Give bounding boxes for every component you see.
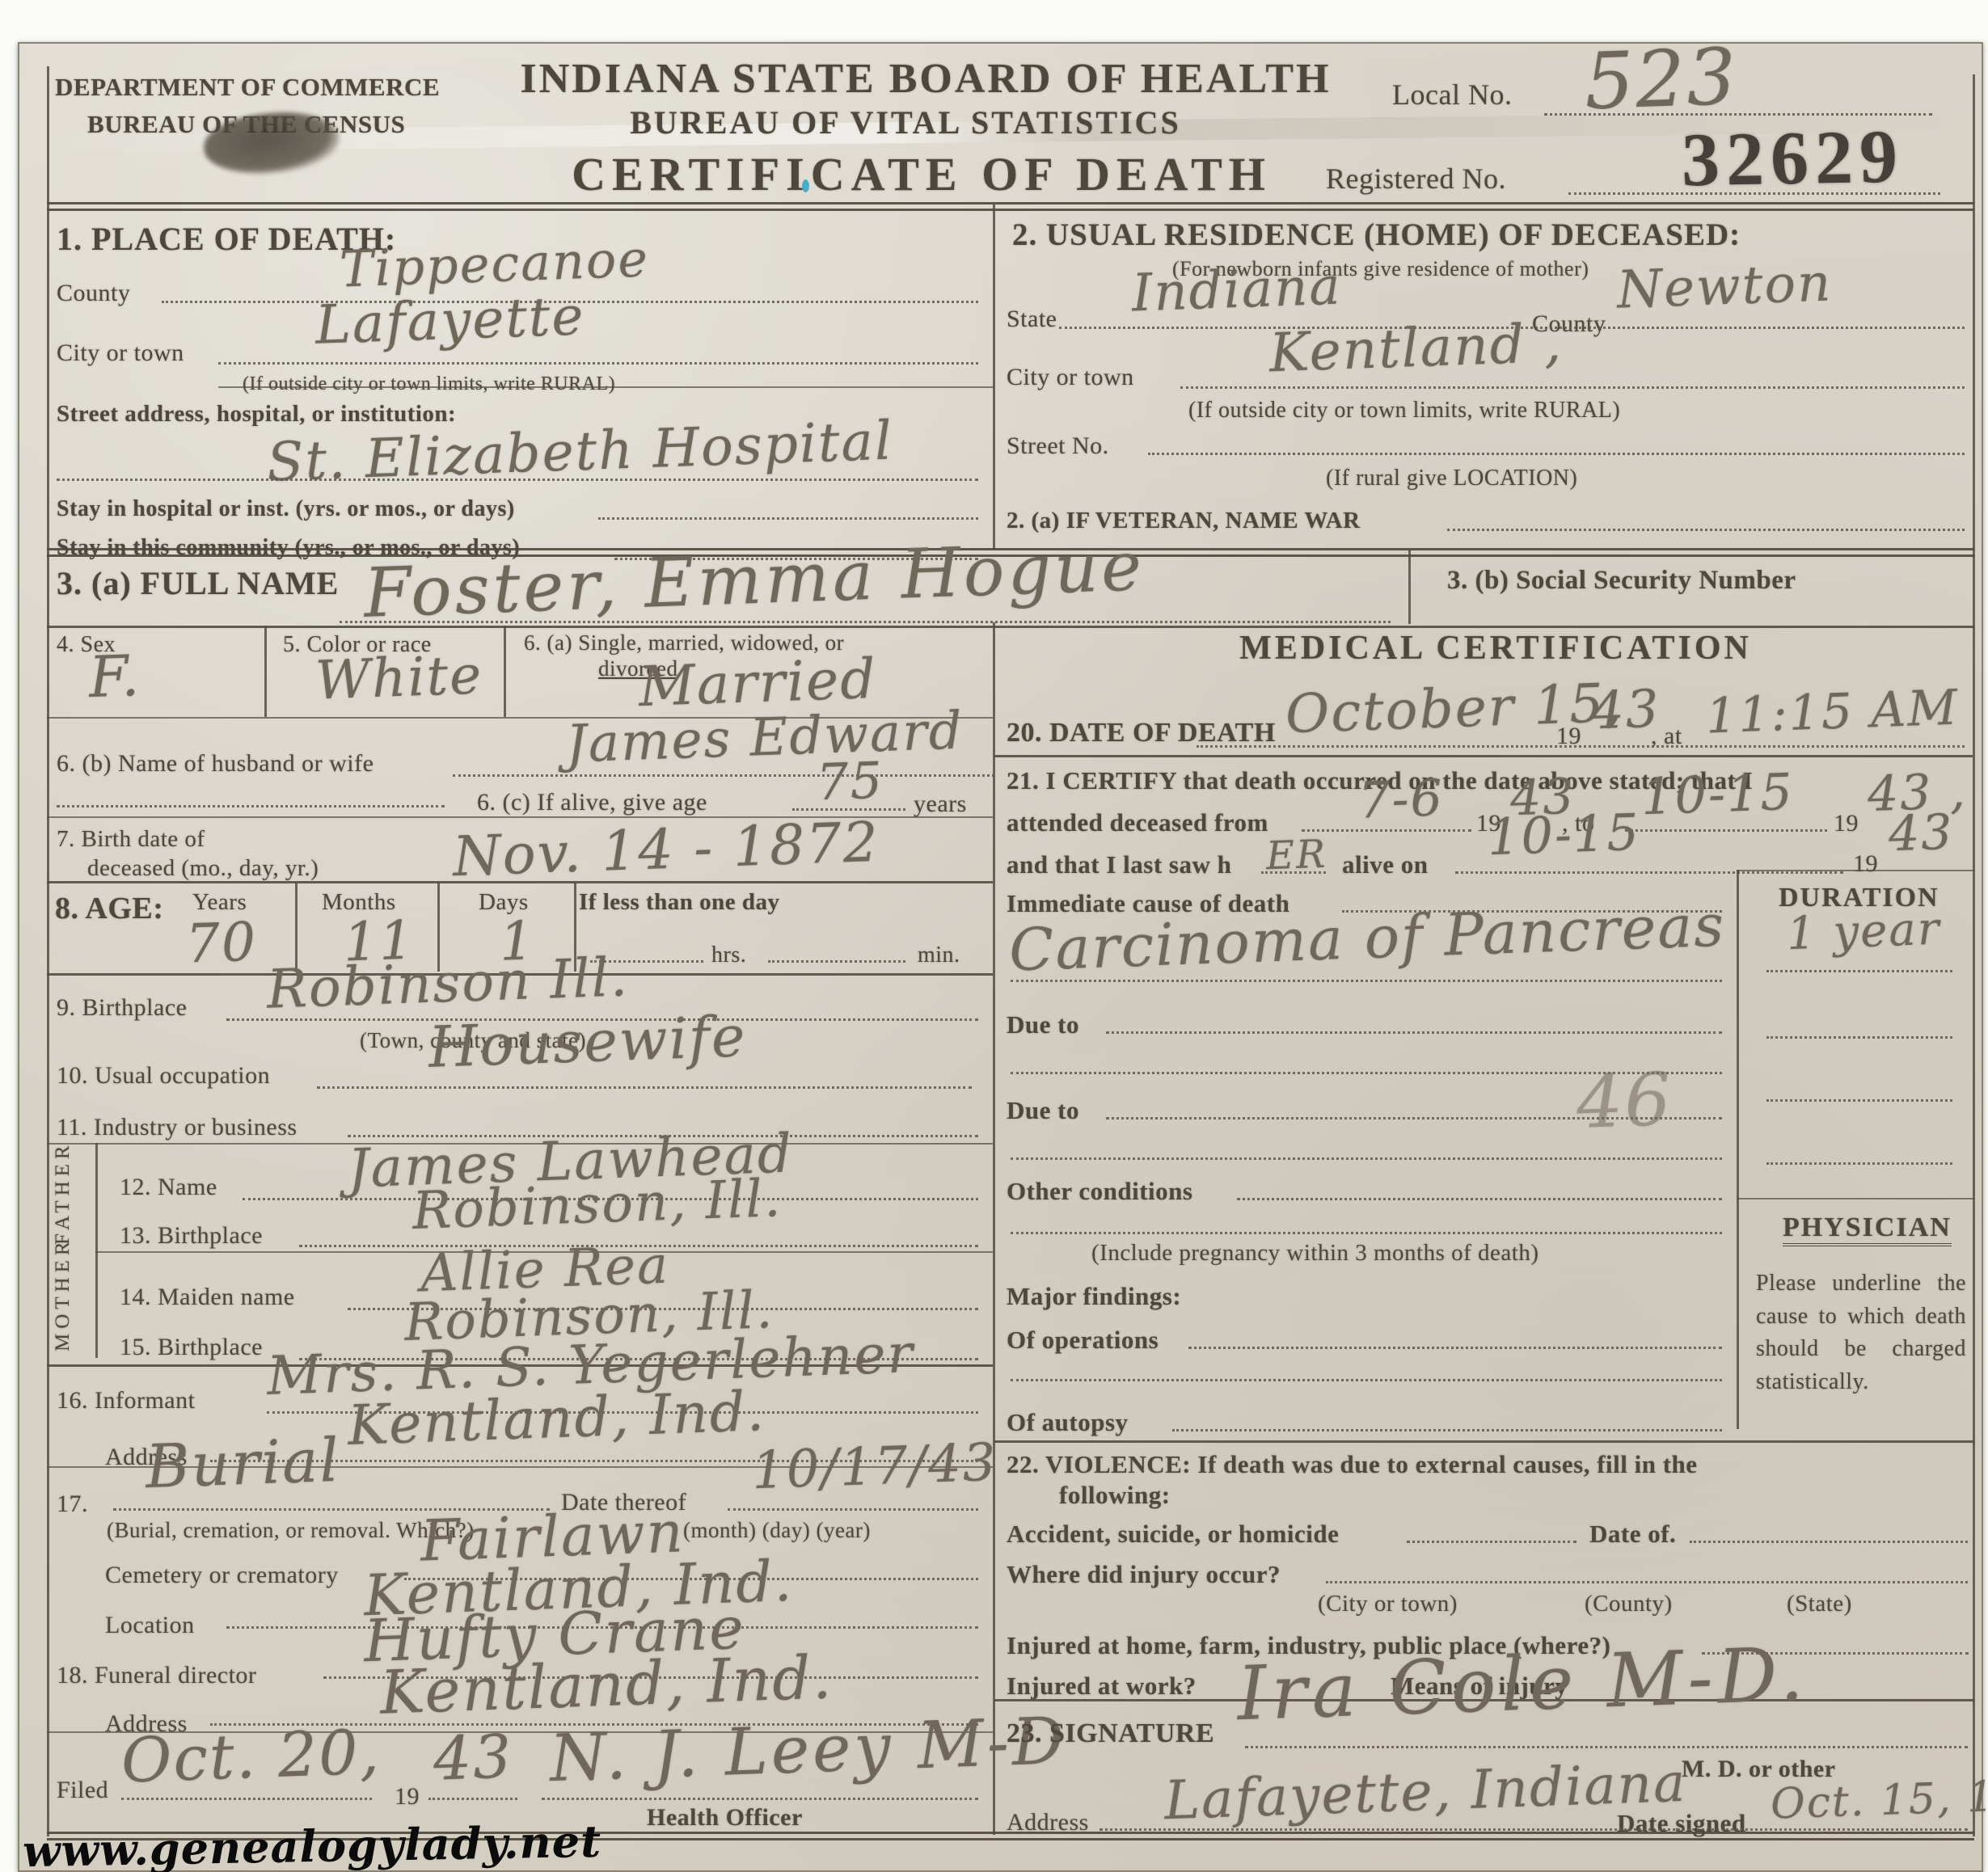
res-city-note: (If outside city or town limits, write R… [1188,398,1620,424]
autopsy-line [1172,1429,1722,1431]
date-of-label: Date of. [1589,1520,1676,1549]
stray-line [218,386,994,388]
to-year-prefix: 19 [1834,810,1859,837]
autopsy-label: Of autopsy [1007,1408,1129,1437]
res-city-value: Kentland , [1268,312,1564,385]
burial-type-value: Burial [145,1426,342,1502]
spouse-label: 6. (b) Name of husband or wife [57,750,374,778]
pod-city-label: City or town [57,339,184,367]
alive-age-label: 6. (c) If alive, give age [477,789,707,816]
res-veteran-line [1447,529,1965,531]
pod-city-line [218,362,978,365]
health-officer-label: Health Officer [647,1804,803,1832]
duration-line-1 [1766,970,1952,972]
alive-age-line [792,808,905,811]
pod-city-note: (If outside city or town limits, write R… [243,373,615,395]
full-name-label: 3. (a) FULL NAME [57,564,339,602]
board-title: INDIANA STATE BOARD OF HEALTH [521,55,1332,103]
left-border [47,66,49,1836]
attended-from-value: 7-6 [1357,768,1445,830]
mother-side-label: MOTHER [52,1263,74,1351]
occupation-line [317,1086,972,1089]
fullname-bottom-rule [47,626,1974,628]
header-divider [47,202,1974,211]
industry-label: 11. Industry or business [57,1114,298,1141]
age-hrs-label: hrs. [711,942,746,968]
attended-to-value: 10-15 [1640,762,1795,827]
date-of-line [1690,1541,1968,1543]
local-no-label: Local No. [1392,78,1512,112]
rule-1090 [47,881,993,883]
where-injury-label: Where did injury occur? [1007,1560,1281,1589]
pod-stay-hospital-line [598,517,978,520]
birthdate-label-1: 7. Birth date of [57,826,205,853]
ink-speck [802,179,809,192]
health-officer-line [542,1798,978,1800]
signature-line [1245,1746,1968,1748]
sex-value: F. [88,643,142,710]
res-state-value: Indiana [1131,256,1343,323]
date-of-death-label: 20. DATE OF DEATH [1007,718,1276,748]
pod-street-label: Street address, hospital, or institution… [57,401,456,428]
saw-year-prefix: 19 [1853,850,1878,878]
age-min-line [768,960,905,963]
burial-number: 17. [57,1490,88,1518]
age-years-value: 70 [185,910,259,975]
date-signed-label: Date signed [1617,1809,1746,1838]
funeral-director-label: 18. Funeral director [57,1662,256,1689]
registered-no-label: Registered No. [1326,162,1506,196]
cause-line-2 [1011,980,1722,982]
physician-box-top [1737,1198,1974,1200]
res-county-value: Newton [1616,253,1834,320]
alive-age-value: 75 [816,751,884,812]
filed-year-prefix: 19 [395,1783,420,1811]
attended-from-line [1302,829,1471,832]
father-side-label: FATHER [52,1156,74,1245]
alive-age-suffix: years [914,791,967,818]
where-state-note: (State) [1787,1591,1852,1617]
race-marital-divider [504,626,506,717]
age-min-label: min. [918,942,960,968]
operations-line-2 [1011,1379,1722,1381]
where-city-note: (City or town) [1318,1591,1458,1617]
accident-line [1407,1541,1576,1543]
death-certificate-scan: DEPARTMENT OF COMMERCE BUREAU OF THE CEN… [0,0,1988,1872]
signature-label: 23. SIGNATURE [1007,1718,1214,1749]
sex-race-divider [264,626,267,717]
filed-year-value: 43 [433,1722,514,1794]
birthdate-label-2: deceased (mo., day, yr.) [87,855,319,882]
res-state-label: State [1007,306,1057,333]
res-street-label: Street No. [1007,432,1109,460]
mother-maiden-label: 14. Maiden name [120,1284,295,1311]
last-saw-prefix: and that I last saw h [1007,850,1231,879]
occupation-label: 10. Usual occupation [57,1062,270,1090]
attended-label: attended deceased from [1007,808,1268,837]
father-birthplace-label: 13. Birthplace [120,1222,263,1250]
medical-certification-heading: MEDICAL CERTIFICATION [1239,629,1752,668]
filed-year-line [428,1798,517,1800]
res-street-note: (If rural give LOCATION) [1326,466,1577,491]
pod-county-label: County [57,280,130,307]
due-to-1-label: Due to [1007,1010,1079,1039]
pod-stay-hospital-label: Stay in hospital or inst. (yrs. or mos.,… [57,496,515,522]
race-value: White [314,643,484,711]
res-city-line [1180,386,1965,389]
ssn-label: 3. (b) Social Security Number [1447,566,1796,596]
pencil-scribble-46: 46 [1575,1057,1674,1145]
filed-label: Filed [57,1777,108,1804]
injured-work-label: Injured at work? [1007,1672,1197,1701]
center-divider-top [993,204,995,550]
duration-line-2 [1766,1036,1952,1039]
duration-value: 1 year [1786,903,1942,961]
informant-label: 16. Informant [57,1387,195,1415]
duration-column-divider [1737,870,1739,1429]
last-saw-date: 10-15 [1487,803,1641,867]
physician-note: Please underline the cause to which deat… [1756,1267,1966,1398]
mother-birthplace-label: 15. Birthplace [120,1334,263,1361]
pregnancy-line [1011,1232,1722,1234]
pod-city-value: Lafayette [314,285,586,356]
age-less-header: If less than one day [579,889,780,916]
rule-934 [994,755,1973,757]
due-line-bot [1011,1157,1722,1160]
age-label: 8. AGE: [55,891,163,926]
duration-line-4 [1766,1162,1952,1165]
physician-header: PHYSICIAN [1783,1212,1952,1246]
residence-heading: 2. USUAL RESIDENCE (HOME) OF DECEASED: [1012,217,1741,253]
pregnancy-note: (Include pregnancy within 3 months of de… [1091,1240,1539,1267]
major-findings-label: Major findings: [1007,1282,1181,1311]
last-saw-line [1455,871,1843,874]
burial-date-note: (month) (day) (year) [683,1518,871,1543]
filed-date-value: Oct. 20, [120,1715,382,1796]
saw-year-value: 43 [1888,804,1955,863]
cemetery-label: Cemetery or crematory [105,1562,339,1589]
agency-line-1: DEPARTMENT OF COMMERCE [55,73,440,102]
bureau-title: BUREAU OF VITAL STATISTICS [630,103,1181,141]
full-name-line [340,621,1391,623]
pod-street-line [57,479,978,481]
right-border [1973,74,1975,1836]
dod-time-value: 11:15 AM [1705,680,1960,745]
filed-date-line [121,1798,372,1800]
spouse-line [453,774,994,777]
burial-location-label: Location [105,1612,195,1639]
operations-label: Of operations [1007,1326,1159,1355]
center-divider [993,622,995,1835]
sig-address-line [1100,1828,1968,1831]
occupation-value: Housewife [428,1003,748,1081]
burial-date-value: 10/17/43 [751,1433,998,1502]
operations-line [1188,1347,1722,1349]
registered-no-value: 32629 [1681,113,1905,204]
dod-line [1197,745,1965,748]
spouse-line-2 [57,805,445,807]
duration-line-3 [1766,1099,1952,1102]
other-conditions-label: Other conditions [1007,1177,1192,1206]
where-county-note: (County) [1585,1591,1673,1617]
last-saw-gap-line [1261,871,1326,874]
burial-date-line [728,1508,978,1511]
date-signed-value: Oct. 15, 1943 [1770,1769,1988,1828]
violence-heading-1: 22. VIOLENCE: If death was due to extern… [1007,1450,1698,1479]
fullname-ssn-divider [1408,550,1411,624]
certificate-title: CERTIFICATE OF DEATH [572,147,1272,201]
accident-label: Accident, suicide, or homicide [1007,1520,1339,1549]
res-city-label: City or town [1007,364,1134,391]
alive-on-label: alive on [1342,850,1428,879]
other-conditions-line [1237,1198,1722,1200]
sig-address-label: Address [1007,1809,1089,1836]
watermark: www.genealogylady.net [22,1815,601,1872]
due-to-1-line [1106,1031,1722,1034]
registered-no-line [1568,192,1940,195]
birthplace-label: 9. Birthplace [57,994,187,1022]
where-injury-line [1326,1581,1968,1583]
rule-1782 [994,1440,1974,1443]
duration-box-top [1737,870,1974,871]
violence-heading-2: following: [1059,1481,1171,1510]
due-to-2-label: Due to [1007,1096,1079,1125]
res-street-line [1148,453,1965,455]
attended-to-line [1625,829,1827,832]
parent-sidebar-divider [95,1143,98,1358]
father-name-label: 12. Name [120,1174,217,1201]
